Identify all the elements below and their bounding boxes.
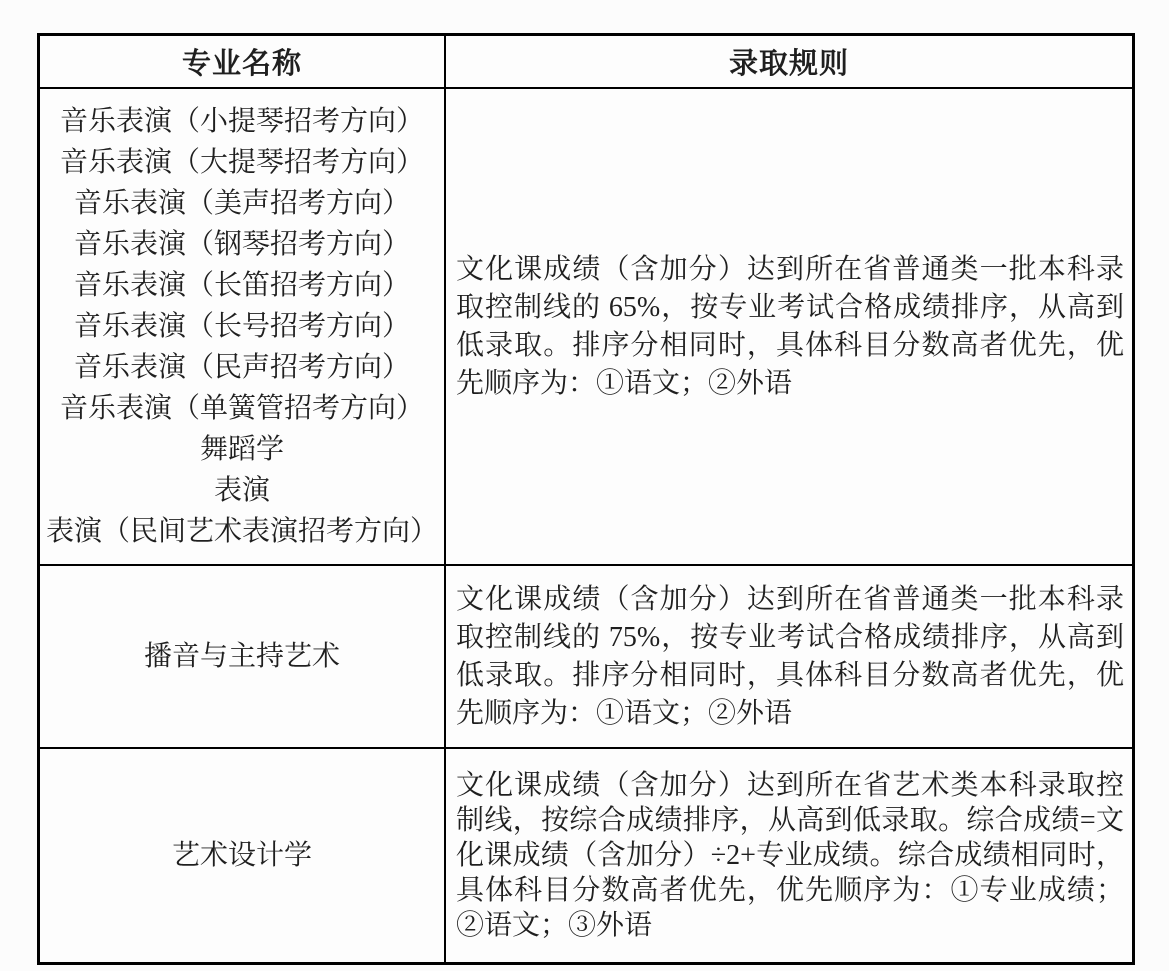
major-item: 音乐表演（长笛招考方向） xyxy=(74,265,410,306)
major-item: 音乐表演（单簧管招考方向） xyxy=(60,388,424,429)
major-item: 音乐表演（美声招考方向） xyxy=(74,183,410,224)
rule-text: 文化课成绩（含加分）达到所在省普通类一批本科录取控制线的 75%，按专业考试合格… xyxy=(456,581,1124,733)
major-item: 表演 xyxy=(214,470,270,511)
admission-rules-table: 专业名称 录取规则 音乐表演（小提琴招考方向）音乐表演（大提琴招考方向）音乐表演… xyxy=(37,33,1135,965)
header-cell-admission-rule: 录取规则 xyxy=(446,36,1132,89)
major-item: 音乐表演（小提琴招考方向） xyxy=(60,101,424,142)
rule-text: 文化课成绩（含加分）达到所在省普通类一批本科录取控制线的 65%，按专业考试合格… xyxy=(456,251,1124,403)
header-cell-major-name: 专业名称 xyxy=(40,36,446,89)
major-item: 音乐表演（民声招考方向） xyxy=(74,347,410,388)
rule-text: 文化课成绩（含加分）达到所在省艺术类本科录取控制线，按综合成绩排序，从高到低录取… xyxy=(456,768,1124,943)
header-label-admission-rule: 录取规则 xyxy=(729,41,849,82)
rule-cell-music-dance-performance: 文化课成绩（含加分）达到所在省普通类一批本科录取控制线的 65%，按专业考试合格… xyxy=(446,89,1132,566)
major-item: 舞蹈学 xyxy=(200,429,284,470)
majors-cell-broadcasting: 播音与主持艺术 xyxy=(40,566,446,749)
major-item: 艺术设计学 xyxy=(172,835,312,876)
rule-cell-broadcasting: 文化课成绩（含加分）达到所在省普通类一批本科录取控制线的 75%，按专业考试合格… xyxy=(446,566,1132,749)
major-item: 音乐表演（大提琴招考方向） xyxy=(60,142,424,183)
header-label-major-name: 专业名称 xyxy=(182,41,302,82)
rule-cell-art-design: 文化课成绩（含加分）达到所在省艺术类本科录取控制线，按综合成绩排序，从高到低录取… xyxy=(446,749,1132,962)
document-page: 专业名称 录取规则 音乐表演（小提琴招考方向）音乐表演（大提琴招考方向）音乐表演… xyxy=(0,0,1169,971)
majors-cell-music-dance-performance: 音乐表演（小提琴招考方向）音乐表演（大提琴招考方向）音乐表演（美声招考方向）音乐… xyxy=(40,89,446,566)
majors-cell-art-design: 艺术设计学 xyxy=(40,749,446,962)
major-item: 音乐表演（长号招考方向） xyxy=(74,306,410,347)
major-item: 播音与主持艺术 xyxy=(144,636,340,677)
major-item: 表演（民间艺术表演招考方向） xyxy=(46,511,438,552)
major-item: 音乐表演（钢琴招考方向） xyxy=(74,224,410,265)
